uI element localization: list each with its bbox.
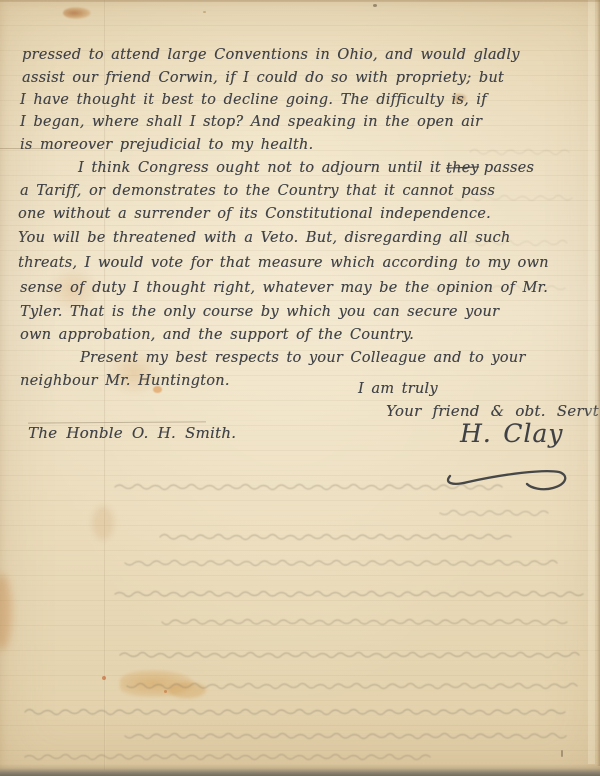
manuscript-line: is moreover prejudicial to my health. [20, 138, 313, 153]
manuscript-line: neighbour Mr. Huntington. [20, 374, 230, 389]
manuscript-line: a Tariff, or demonstrates to the Country… [20, 184, 495, 199]
manuscript-line: pressed to attend large Conventions in O… [22, 48, 520, 63]
closing-valediction: Your friend & obt. Servt. [386, 404, 600, 419]
paper-top-edge [0, 0, 600, 2]
manuscript-line: sense of duty I thought right, whatever … [20, 281, 548, 296]
line-segment: I think Congress ought not to adjourn un… [78, 160, 441, 176]
signature-flourish [438, 456, 573, 498]
manuscript-line: assist our friend Corwin, if I could do … [22, 71, 504, 86]
closing-salutation: I am truly [358, 382, 438, 397]
struck-word: they [446, 160, 479, 176]
paper-bottom-edge [0, 764, 600, 776]
manuscript-line: Tyler. That is the only course by which … [20, 305, 499, 320]
manuscript-line: You will be threatened with a Veto. But,… [18, 231, 510, 246]
manuscript-line: own approbation, and the support of the … [20, 328, 414, 343]
addressee-line: The Honble O. H. Smith. [28, 426, 236, 441]
line-segment: passes [484, 160, 534, 176]
manuscript-line: I think Congress ought not to adjourn un… [78, 161, 534, 176]
manuscript-line: threats, I would vote for that measure w… [18, 256, 549, 271]
manuscript-line: I have thought it best to decline going.… [20, 93, 487, 108]
manuscript-line: one without a surrender of its Constitut… [18, 207, 491, 222]
signature: H. Clay [460, 421, 563, 446]
manuscript-line: I began, where shall I stop? And speakin… [20, 115, 482, 130]
letter-photo: pressed to attend large Conventions in O… [0, 0, 600, 776]
paper-right-edge-highlight [588, 0, 595, 764]
manuscript-line: Present my best respects to your Colleag… [80, 351, 526, 366]
